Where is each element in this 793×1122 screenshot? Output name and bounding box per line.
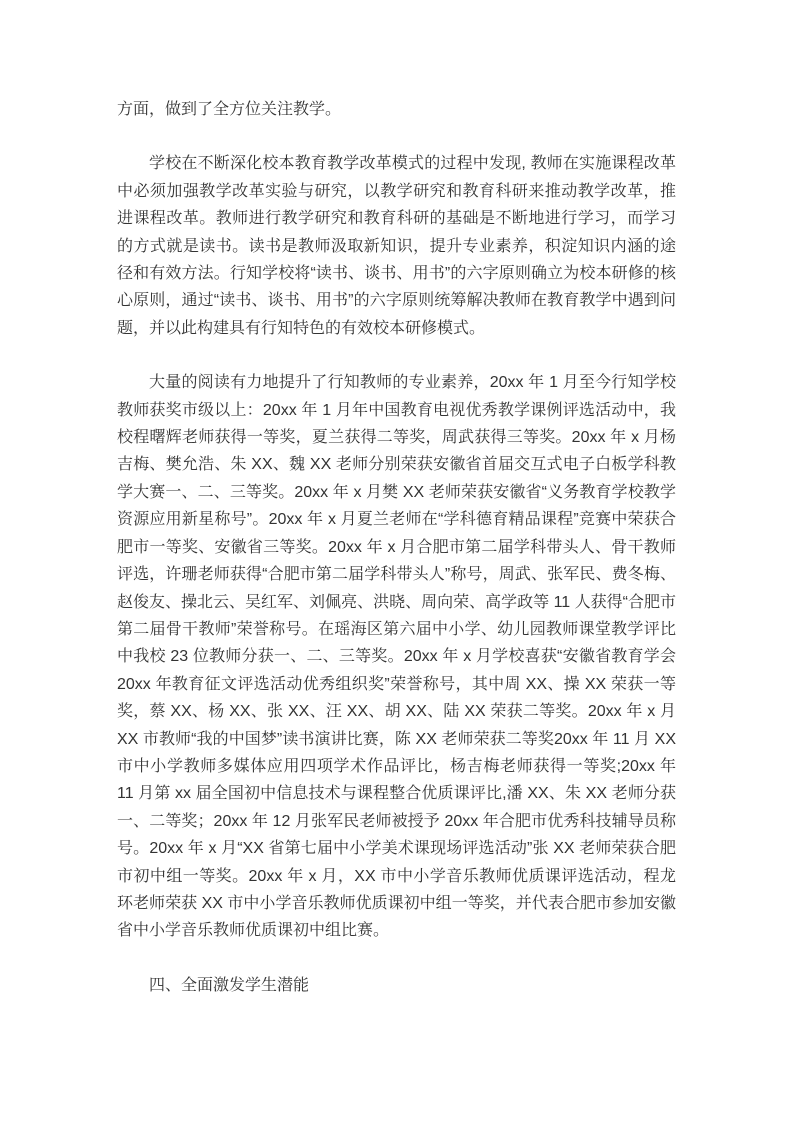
- body-paragraph-research-reform: 学校在不断深化校本教育教学改革模式的过程中发现, 教师在实施课程改革中必须加强教…: [117, 150, 676, 342]
- document-page: 方面，做到了全方位关注教学。 学校在不断深化校本教育教学改革模式的过程中发现, …: [0, 0, 793, 1122]
- section-heading-4: 四、全面激发学生潜能: [117, 972, 676, 999]
- continuation-paragraph: 方面，做到了全方位关注教学。: [117, 96, 676, 123]
- body-paragraph-teacher-awards: 大量的阅读有力地提升了行知教师的专业素养，20xx 年 1 月至今行知学校教师获…: [117, 369, 676, 945]
